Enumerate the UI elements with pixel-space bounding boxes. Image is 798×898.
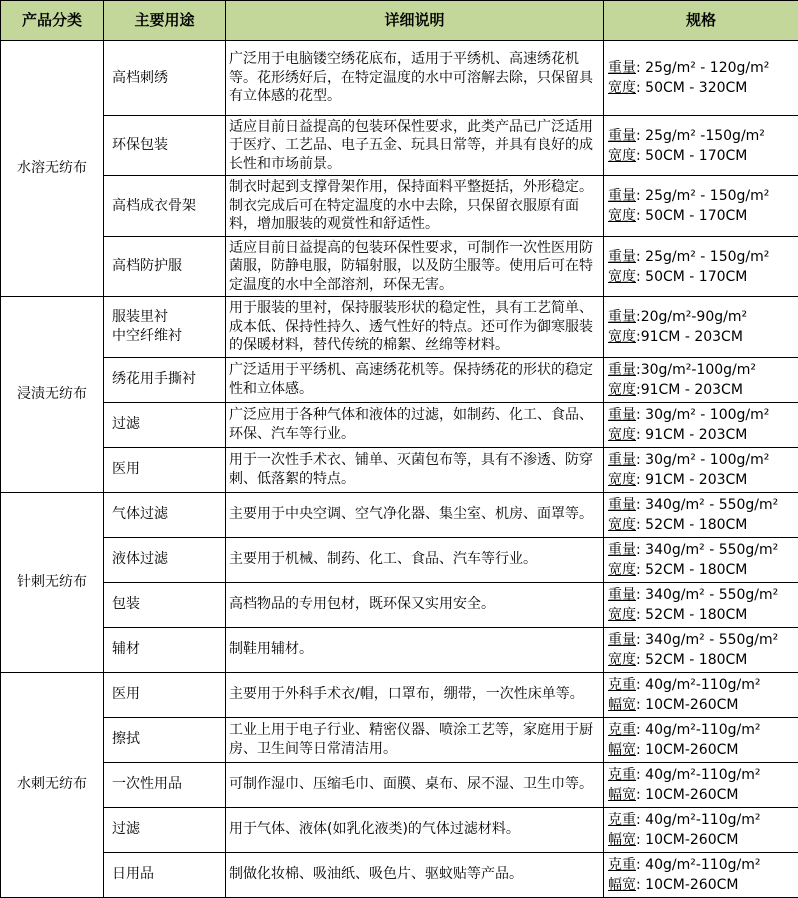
spec-cell: 重量: 340g/m² - 550g/m²宽度: 52CM - 180CM bbox=[604, 582, 798, 627]
spec-line: 重量: 30g/m² - 100g/m² bbox=[608, 450, 796, 470]
spec-line: 宽度: 52CM - 180CM bbox=[608, 515, 796, 535]
category-cell: 水溶无纺布 bbox=[1, 41, 104, 297]
use-cell: 环保包装 bbox=[104, 116, 226, 176]
category-cell: 水刺无纺布 bbox=[1, 672, 104, 897]
spec-cell: 克重: 40g/m²-110g/m²幅宽: 10CM-260CM bbox=[604, 717, 798, 762]
spec-line: 重量: 30g/m² - 100g/m² bbox=[608, 405, 796, 425]
description-cell: 主要用于中央空调、空气净化器、集尘室、机房、面罩等。 bbox=[226, 492, 604, 537]
spec-line: 重量: 340g/m² - 550g/m² bbox=[608, 630, 796, 650]
spec-line: 宽度: 52CM - 180CM bbox=[608, 605, 796, 625]
table-row: 绣花用手撕衬广泛适用于平绣机、高速绣花机等。保持绣花的形状的稳定性和立体感。重量… bbox=[1, 357, 798, 402]
spec-line: 重量: 25g/m² -150g/m² bbox=[608, 126, 796, 146]
spec-line: 宽度: 52CM - 180CM bbox=[608, 650, 796, 670]
category-cell: 针刺无纺布 bbox=[1, 492, 104, 672]
spec-line: 幅宽: 10CM-260CM bbox=[608, 740, 796, 760]
table-row: 高档防护服适应目前日益提高的包装环保性要求，可制作一次性医用防菌服，防静电服，防… bbox=[1, 236, 798, 296]
use-cell: 服装里衬 中空纤维衬 bbox=[104, 297, 226, 357]
spec-cell: 重量: 340g/m² - 550g/m²宽度: 52CM - 180CM bbox=[604, 492, 798, 537]
spec-cell: 重量: 25g/m² -150g/m²宽度: 50CM - 170CM bbox=[604, 116, 798, 176]
use-cell: 包装 bbox=[104, 582, 226, 627]
spec-line: 克重: 40g/m²-110g/m² bbox=[608, 810, 796, 830]
table-row: 医用用于一次性手术衣、铺单、灭菌包布等，具有不渗透、防穿刺、低落絮的特点。重量:… bbox=[1, 447, 798, 492]
spec-line: 克重: 40g/m²-110g/m² bbox=[608, 675, 796, 695]
spec-cell: 重量: 25g/m² - 150g/m²宽度: 50CM - 170CM bbox=[604, 176, 798, 236]
spec-line: 宽度:91CM - 203CM bbox=[608, 327, 796, 347]
spec-line: 重量: 25g/m² - 120g/m² bbox=[608, 58, 796, 78]
use-cell: 液体过滤 bbox=[104, 537, 226, 582]
spec-line: 幅宽: 10CM-260CM bbox=[608, 875, 796, 895]
table-row: 日用品制做化妆棉、吸油纸、吸色片、驱蚊贴等产品。克重: 40g/m²-110g/… bbox=[1, 852, 798, 897]
description-cell: 主要用于机械、制药、化工、食品、汽车等行业。 bbox=[226, 537, 604, 582]
use-cell: 高档成衣骨架 bbox=[104, 176, 226, 236]
description-cell: 用于服装的里衬，保持服装形状的稳定性，具有工艺简单、成本低、保持性持久、透气性好… bbox=[226, 297, 604, 357]
table-row: 过滤用于气体、液体(如乳化液类)的气体过滤材料。克重: 40g/m²-110g/… bbox=[1, 807, 798, 852]
header-category: 产品分类 bbox=[1, 1, 104, 41]
spec-cell: 重量: 340g/m² - 550g/m²宽度: 52CM - 180CM bbox=[604, 537, 798, 582]
table-row: 液体过滤主要用于机械、制药、化工、食品、汽车等行业。重量: 340g/m² - … bbox=[1, 537, 798, 582]
spec-cell: 重量: 30g/m² - 100g/m²宽度: 91CM - 203CM bbox=[604, 447, 798, 492]
spec-line: 宽度: 50CM - 170CM bbox=[608, 206, 796, 226]
use-cell: 医用 bbox=[104, 672, 226, 717]
product-spec-table: 产品分类 主要用途 详细说明 规格 水溶无纺布高档刺绣广泛用于电脑镂空绣花底布，… bbox=[0, 0, 798, 898]
use-cell: 擦拭 bbox=[104, 717, 226, 762]
spec-line: 克重: 40g/m²-110g/m² bbox=[608, 720, 796, 740]
use-cell: 气体过滤 bbox=[104, 492, 226, 537]
description-cell: 用于气体、液体(如乳化液类)的气体过滤材料。 bbox=[226, 807, 604, 852]
spec-cell: 重量: 340g/m² - 550g/m²宽度: 52CM - 180CM bbox=[604, 627, 798, 672]
table-row: 过滤广泛应用于各种气体和液体的过滤，如制药、化工、食品、环保、汽车等行业。重量:… bbox=[1, 402, 798, 447]
category-cell: 浸渍无纺布 bbox=[1, 297, 104, 492]
header-main-use: 主要用途 bbox=[104, 1, 226, 41]
header-description: 详细说明 bbox=[226, 1, 604, 41]
description-cell: 制鞋用辅材。 bbox=[226, 627, 604, 672]
spec-line: 宽度: 91CM - 203CM bbox=[608, 470, 796, 490]
description-cell: 高档物品的专用包材，既环保又实用安全。 bbox=[226, 582, 604, 627]
description-cell: 广泛用于电脑镂空绣花底布，适用于平绣机、高速绣花机等。花形绣好后，在特定温度的水… bbox=[226, 41, 604, 116]
description-cell: 可制作湿巾、压缩毛巾、面膜、桌布、尿不湿、卫生巾等。 bbox=[226, 762, 604, 807]
spec-line: 幅宽: 10CM-260CM bbox=[608, 785, 796, 805]
description-cell: 广泛应用于各种气体和液体的过滤，如制药、化工、食品、环保、汽车等行业。 bbox=[226, 402, 604, 447]
spec-line: 幅宽: 10CM-260CM bbox=[608, 830, 796, 850]
table-row: 水刺无纺布医用主要用于外科手术衣/帽，口罩布，绷带，一次性床单等。克重: 40g… bbox=[1, 672, 798, 717]
spec-line: 幅宽: 10CM-260CM bbox=[608, 695, 796, 715]
description-cell: 工业上用于电子行业、精密仪器、喷涂工艺等，家庭用于厨房、卫生间等日常清洁用。 bbox=[226, 717, 604, 762]
spec-cell: 克重: 40g/m²-110g/m²幅宽: 10CM-260CM bbox=[604, 762, 798, 807]
description-cell: 用于一次性手术衣、铺单、灭菌包布等，具有不渗透、防穿刺、低落絮的特点。 bbox=[226, 447, 604, 492]
table-row: 环保包装适应目前日益提高的包装环保性要求，此类产品已广泛适用于医疗、工艺品、电子… bbox=[1, 116, 798, 176]
spec-cell: 克重: 40g/m²-110g/m²幅宽: 10CM-260CM bbox=[604, 852, 798, 897]
spec-line: 宽度:91CM - 203CM bbox=[608, 380, 796, 400]
spec-line: 宽度: 52CM - 180CM bbox=[608, 560, 796, 580]
spec-line: 宽度: 50CM - 170CM bbox=[608, 146, 796, 166]
spec-line: 宽度: 91CM - 203CM bbox=[608, 425, 796, 445]
spec-line: 克重: 40g/m²-110g/m² bbox=[608, 855, 796, 875]
table-row: 包装高档物品的专用包材，既环保又实用安全。重量: 340g/m² - 550g/… bbox=[1, 582, 798, 627]
spec-line: 重量:20g/m²-90g/m² bbox=[608, 307, 796, 327]
description-cell: 广泛适用于平绣机、高速绣花机等。保持绣花的形状的稳定性和立体感。 bbox=[226, 357, 604, 402]
table-row: 辅材制鞋用辅材。重量: 340g/m² - 550g/m²宽度: 52CM - … bbox=[1, 627, 798, 672]
use-cell: 过滤 bbox=[104, 402, 226, 447]
description-cell: 制做化妆棉、吸油纸、吸色片、驱蚊贴等产品。 bbox=[226, 852, 604, 897]
use-cell: 高档防护服 bbox=[104, 236, 226, 296]
use-cell: 高档刺绣 bbox=[104, 41, 226, 116]
table-row: 擦拭工业上用于电子行业、精密仪器、喷涂工艺等，家庭用于厨房、卫生间等日常清洁用。… bbox=[1, 717, 798, 762]
table-row: 高档成衣骨架制衣时起到支撑骨架作用，保持面料平整挺括，外形稳定。制衣完成后可在特… bbox=[1, 176, 798, 236]
use-cell: 过滤 bbox=[104, 807, 226, 852]
use-cell: 绣花用手撕衬 bbox=[104, 357, 226, 402]
description-cell: 适应目前日益提高的包装环保性要求，可制作一次性医用防菌服，防静电服，防辐射服，以… bbox=[226, 236, 604, 296]
spec-cell: 重量:30g/m²-100g/m²宽度:91CM - 203CM bbox=[604, 357, 798, 402]
spec-line: 重量:30g/m²-100g/m² bbox=[608, 360, 796, 380]
description-cell: 适应目前日益提高的包装环保性要求，此类产品已广泛适用于医疗、工艺品、电子五金、玩… bbox=[226, 116, 604, 176]
header-spec: 规格 bbox=[604, 1, 798, 41]
spec-cell: 克重: 40g/m²-110g/m²幅宽: 10CM-260CM bbox=[604, 672, 798, 717]
spec-line: 宽度: 50CM - 320CM bbox=[608, 78, 796, 98]
header-row: 产品分类 主要用途 详细说明 规格 bbox=[1, 1, 798, 41]
spec-line: 重量: 25g/m² - 150g/m² bbox=[608, 186, 796, 206]
spec-cell: 重量: 30g/m² - 100g/m²宽度: 91CM - 203CM bbox=[604, 402, 798, 447]
table-row: 水溶无纺布高档刺绣广泛用于电脑镂空绣花底布，适用于平绣机、高速绣花机等。花形绣好… bbox=[1, 41, 798, 116]
spec-cell: 重量:20g/m²-90g/m²宽度:91CM - 203CM bbox=[604, 297, 798, 357]
spec-line: 宽度: 50CM - 170CM bbox=[608, 267, 796, 287]
description-cell: 制衣时起到支撑骨架作用，保持面料平整挺括，外形稳定。制衣完成后可在特定温度的水中… bbox=[226, 176, 604, 236]
spec-cell: 克重: 40g/m²-110g/m²幅宽: 10CM-260CM bbox=[604, 807, 798, 852]
use-cell: 一次性用品 bbox=[104, 762, 226, 807]
use-cell: 辅材 bbox=[104, 627, 226, 672]
table-row: 针刺无纺布气体过滤主要用于中央空调、空气净化器、集尘室、机房、面罩等。重量: 3… bbox=[1, 492, 798, 537]
description-cell: 主要用于外科手术衣/帽，口罩布，绷带，一次性床单等。 bbox=[226, 672, 604, 717]
table-row: 浸渍无纺布服装里衬 中空纤维衬用于服装的里衬，保持服装形状的稳定性，具有工艺简单… bbox=[1, 297, 798, 357]
spec-cell: 重量: 25g/m² - 150g/m²宽度: 50CM - 170CM bbox=[604, 236, 798, 296]
spec-line: 重量: 340g/m² - 550g/m² bbox=[608, 585, 796, 605]
use-cell: 医用 bbox=[104, 447, 226, 492]
spec-line: 克重: 40g/m²-110g/m² bbox=[608, 765, 796, 785]
table-body: 水溶无纺布高档刺绣广泛用于电脑镂空绣花底布，适用于平绣机、高速绣花机等。花形绣好… bbox=[1, 41, 798, 898]
use-cell: 日用品 bbox=[104, 852, 226, 897]
table-row: 一次性用品可制作湿巾、压缩毛巾、面膜、桌布、尿不湿、卫生巾等。克重: 40g/m… bbox=[1, 762, 798, 807]
spec-line: 重量: 340g/m² - 550g/m² bbox=[608, 540, 796, 560]
spec-cell: 重量: 25g/m² - 120g/m²宽度: 50CM - 320CM bbox=[604, 41, 798, 116]
spec-line: 重量: 340g/m² - 550g/m² bbox=[608, 495, 796, 515]
spec-line: 重量: 25g/m² - 150g/m² bbox=[608, 247, 796, 267]
